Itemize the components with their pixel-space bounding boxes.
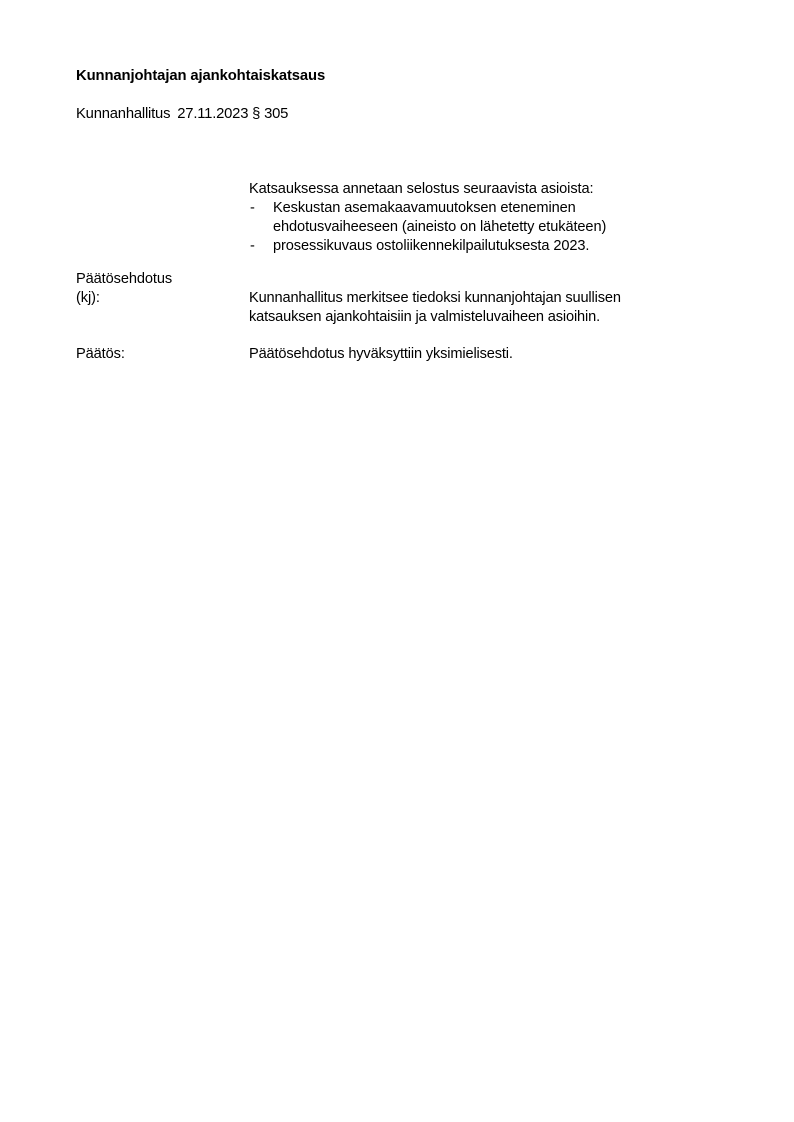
list-item-line: ehdotusvaiheeseen (aineisto on lähetetty… — [273, 218, 606, 237]
proposal-text-line: katsauksen ajankohtaisiin ja valmisteluv… — [249, 308, 621, 327]
meeting-date-section: 27.11.2023 § 305 — [177, 106, 288, 122]
proposal-label-line: (kj): — [76, 289, 172, 308]
bullet-dash: - — [250, 199, 255, 218]
meeting-body: Kunnanhallitus — [76, 106, 170, 122]
proposal-label-line: Päätösehdotus — [76, 270, 172, 289]
proposal-text-line: Kunnanhallitus merkitsee tiedoksi kunnan… — [249, 289, 621, 308]
list-item-line: Keskustan asemakaavamuutoksen eteneminen — [273, 199, 606, 218]
proposal-text: Kunnanhallitus merkitsee tiedoksi kunnan… — [249, 289, 621, 327]
decision-label: Päätös: — [76, 345, 125, 364]
decision-text: Päätösehdotus hyväksyttiin yksimielisest… — [249, 345, 513, 364]
document-title: Kunnanjohtajan ajankohtaiskatsaus — [76, 68, 325, 84]
intro-section: Katsauksessa annetaan selostus seuraavis… — [249, 180, 606, 256]
bullet-dash: - — [250, 237, 255, 256]
proposal-label: Päätösehdotus (kj): — [76, 270, 172, 308]
list-item: - Keskustan asemakaavamuutoksen etenemin… — [249, 199, 606, 237]
intro-lead: Katsauksessa annetaan selostus seuraavis… — [249, 180, 606, 199]
list-item: - prosessikuvaus ostoliikennekilpailutuk… — [249, 237, 606, 256]
meeting-reference: Kunnanhallitus27.11.2023 § 305 — [76, 106, 288, 122]
list-item-line: prosessikuvaus ostoliikennekilpailutukse… — [273, 237, 606, 256]
